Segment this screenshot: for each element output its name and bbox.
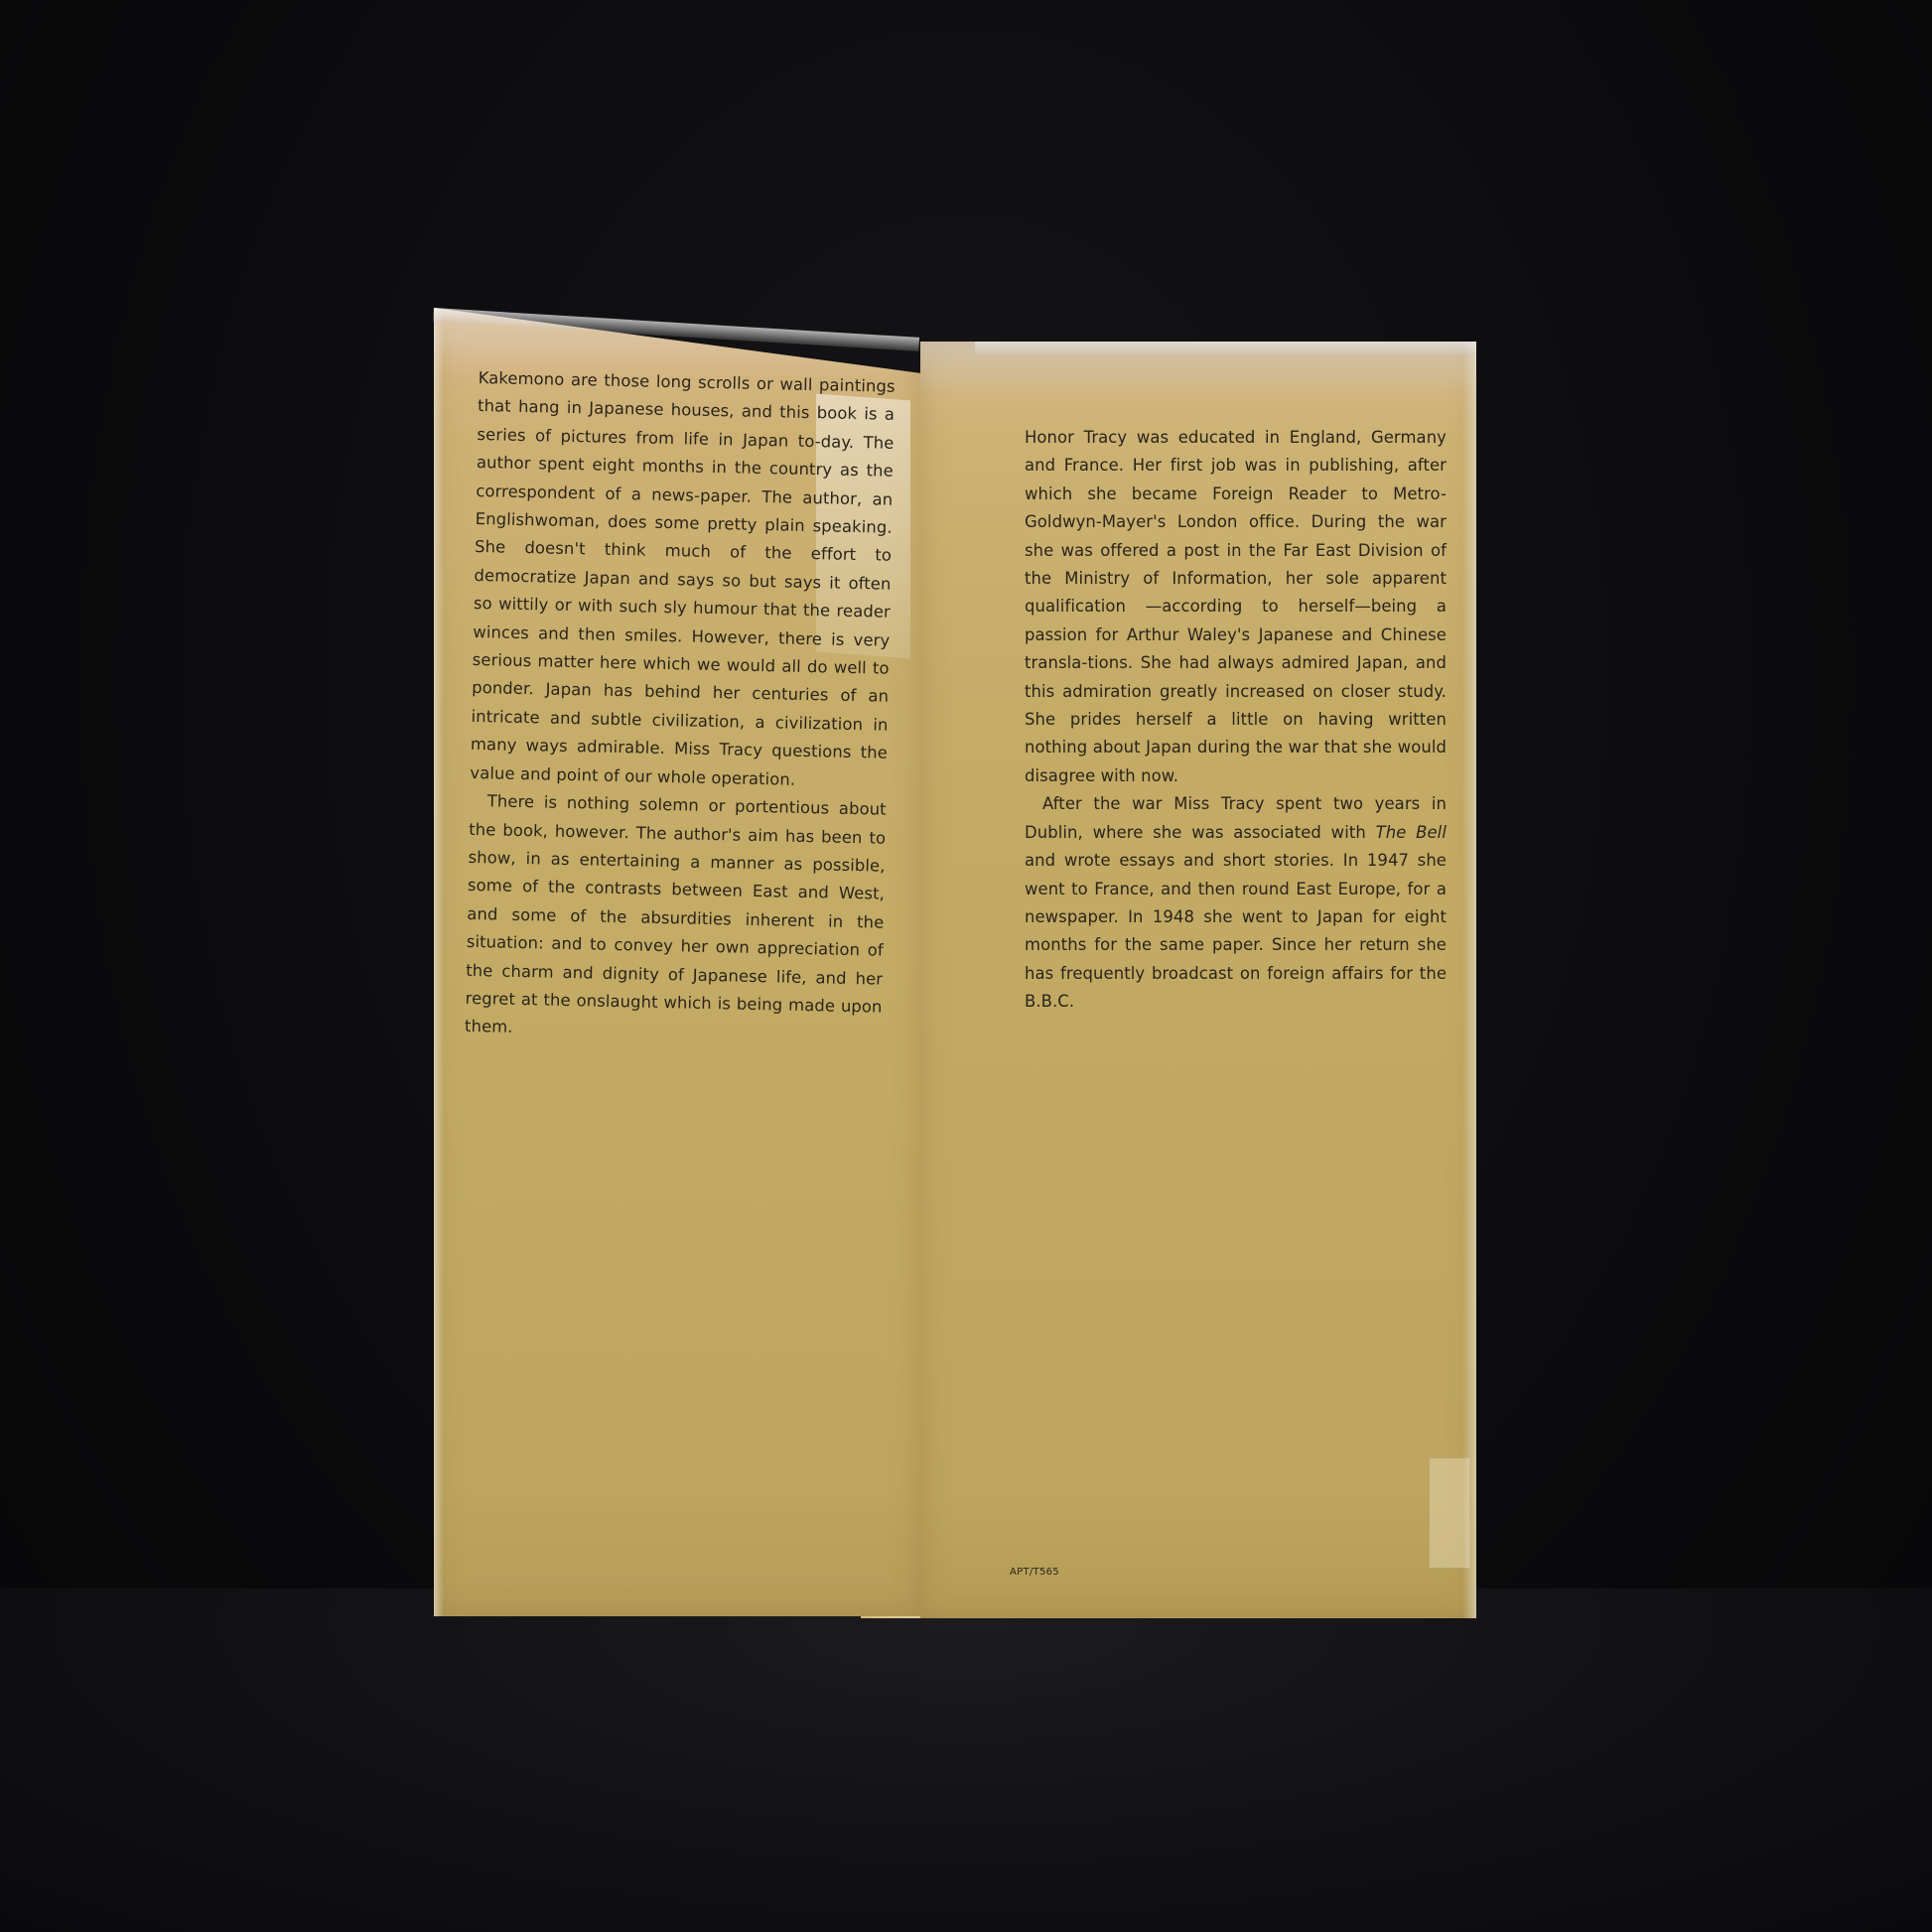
catalog-code: APT/T565 — [1010, 1567, 1059, 1578]
magazine-title: The Bell — [1376, 823, 1447, 842]
plastic-sleeve-edge-right — [975, 342, 1476, 355]
floor-surface — [0, 1588, 1932, 1932]
dust-jacket: Kakemono are those long scrolls or wall … — [434, 308, 1476, 1618]
right-flap-author-bio: Honor Tracy was educated in England, Ger… — [1025, 424, 1447, 1017]
blurb-paragraph: There is nothing solemn or portentious a… — [465, 787, 887, 1049]
left-flap-blurb: Kakemono are those long scrolls or wall … — [465, 364, 896, 1049]
bio-paragraph: After the war Miss Tracy spent two years… — [1025, 790, 1447, 1016]
bio-paragraph: Honor Tracy was educated in England, Ger… — [1025, 424, 1447, 790]
bio-text: and wrote essays and short stories. In 1… — [1025, 851, 1447, 1011]
blurb-paragraph: Kakemono are those long scrolls or wall … — [470, 364, 896, 796]
tape-patch — [1429, 1457, 1470, 1569]
